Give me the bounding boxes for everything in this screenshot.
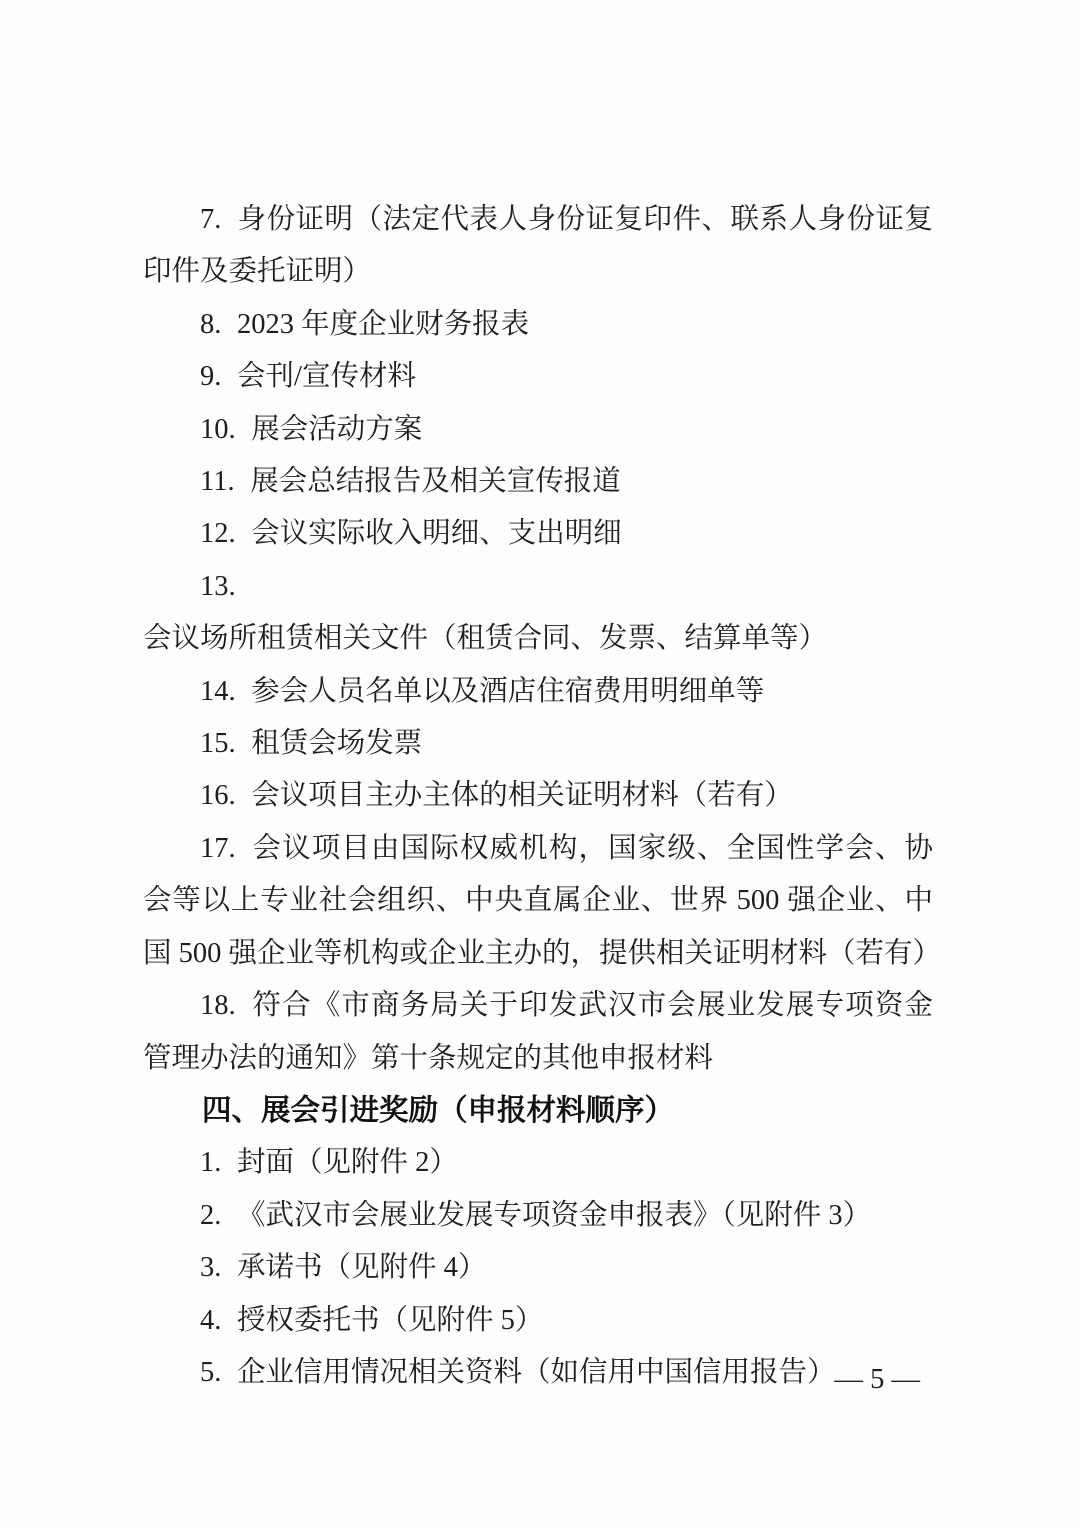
item-15-text: 租赁会场发票 xyxy=(251,728,422,759)
item-7-text: 身份证明（法定代表人身份证复印件、联系人身份证复印件及委托证明） xyxy=(143,204,933,287)
item-s2-4-text: 授权委托书（见附件 5） xyxy=(237,1305,543,1336)
item-8-text: 2023 年度企业财务报表 xyxy=(237,309,529,340)
item-9: 9.会刊/宣传材料 xyxy=(143,351,933,403)
item-13-number: 13. xyxy=(200,571,251,602)
item-s2-3-text: 承诺书（见附件 4） xyxy=(237,1252,486,1283)
item-s2-1-text: 封面（见附件 2） xyxy=(237,1147,458,1178)
item-11-number: 11. xyxy=(200,466,250,497)
item-9-text: 会刊/宣传材料 xyxy=(237,361,416,392)
item-14-number: 14. xyxy=(200,676,251,707)
item-14-text: 参会人员名单以及酒店住宿费用明细单等 xyxy=(251,676,764,707)
item-10: 10.展会活动方案 xyxy=(143,404,933,456)
item-s2-3: 3.承诺书（见附件 4） xyxy=(143,1242,933,1294)
item-17: 17.会议项目由国际权威机构，国家级、全国性学会、协会等以上专业社会组织、中央直… xyxy=(143,823,933,980)
page-number: — 5 — xyxy=(835,1354,921,1406)
item-12: 12.会议实际收入明细、支出明细 xyxy=(143,508,933,560)
item-s2-2-text: 《武汉市会展业发展专项资金申报表》（见附件 3） xyxy=(237,1200,871,1231)
item-s2-2-number: 2. xyxy=(200,1200,237,1231)
item-13-text: 会议场所租赁相关文件（租赁合同、发票、结算单等） xyxy=(143,623,827,654)
section-heading-text: 四、展会引进奖励（申报材料顺序） xyxy=(202,1094,674,1127)
section-heading: 四、展会引进奖励（申报材料顺序） xyxy=(143,1085,933,1137)
item-10-number: 10. xyxy=(200,414,251,445)
item-s2-5-number: 5. xyxy=(200,1357,237,1388)
item-11: 11.展会总结报告及相关宣传报道 xyxy=(143,456,933,508)
document-page: 7.身份证明（法定代表人身份证复印件、联系人身份证复印件及委托证明） 8.202… xyxy=(0,0,1080,1528)
item-8: 8.2023 年度企业财务报表 xyxy=(143,299,933,351)
item-17-number: 17. xyxy=(200,833,251,864)
item-12-text: 会议实际收入明细、支出明细 xyxy=(251,518,622,549)
item-11-text: 展会总结报告及相关宣传报道 xyxy=(250,466,621,497)
item-8-number: 8. xyxy=(200,309,237,340)
item-14: 14.参会人员名单以及酒店住宿费用明细单等 xyxy=(143,666,933,718)
item-16-number: 16. xyxy=(200,780,251,811)
item-s2-1-number: 1. xyxy=(200,1147,237,1178)
item-s2-5-text: 企业信用情况相关资料（如信用中国信用报告） xyxy=(237,1357,836,1388)
item-17-text: 会议项目由国际权威机构，国家级、全国性学会、协会等以上专业社会组织、中央直属企业… xyxy=(143,833,941,969)
item-12-number: 12. xyxy=(200,518,251,549)
item-s2-4: 4.授权委托书（见附件 5） xyxy=(143,1295,933,1347)
document-body: 7.身份证明（法定代表人身份证复印件、联系人身份证复印件及委托证明） 8.202… xyxy=(143,194,933,1399)
item-16: 16.会议项目主办主体的相关证明材料（若有） xyxy=(143,770,933,822)
item-18-number: 18. xyxy=(200,990,251,1021)
item-s2-3-number: 3. xyxy=(200,1252,237,1283)
item-s2-5: 5.企业信用情况相关资料（如信用中国信用报告） xyxy=(143,1347,933,1399)
item-9-number: 9. xyxy=(200,361,237,392)
item-10-text: 展会活动方案 xyxy=(251,414,422,445)
item-7: 7.身份证明（法定代表人身份证复印件、联系人身份证复印件及委托证明） xyxy=(143,194,933,299)
item-16-text: 会议项目主办主体的相关证明材料（若有） xyxy=(251,780,793,811)
item-15-number: 15. xyxy=(200,728,251,759)
item-18-text: 符合《市商务局关于印发武汉市会展业发展专项资金管理办法的通知》第十条规定的其他申… xyxy=(143,990,933,1073)
item-s2-2: 2.《武汉市会展业发展专项资金申报表》（见附件 3） xyxy=(143,1190,933,1242)
item-s2-1: 1.封面（见附件 2） xyxy=(143,1137,933,1189)
item-7-number: 7. xyxy=(200,204,237,235)
item-13: 13.会议场所租赁相关文件（租赁合同、发票、结算单等） xyxy=(143,561,933,666)
item-s2-4-number: 4. xyxy=(200,1305,237,1336)
item-15: 15.租赁会场发票 xyxy=(143,718,933,770)
item-18: 18.符合《市商务局关于印发武汉市会展业发展专项资金管理办法的通知》第十条规定的… xyxy=(143,980,933,1085)
